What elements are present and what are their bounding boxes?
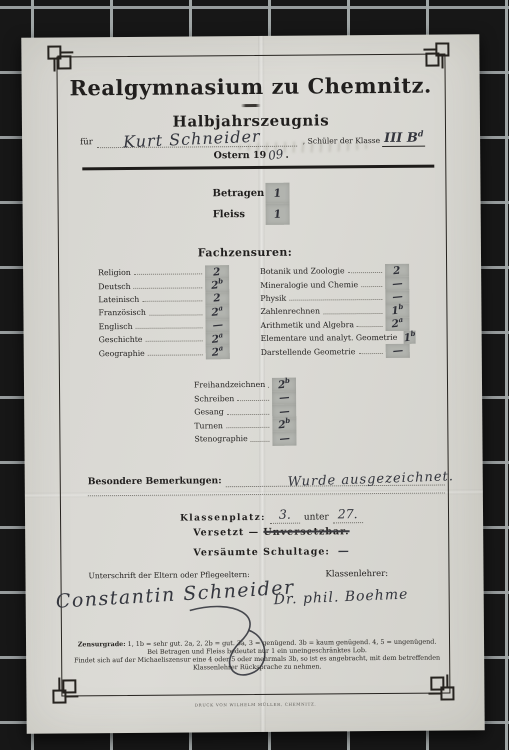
subject-row: Arithmetik und Algebra 2a <box>260 317 409 332</box>
dotted-leader <box>227 405 270 415</box>
photo-background: Realgymnasium zu Chemnitz. Halbjahrszeug… <box>0 0 509 750</box>
subject-label: Mineralogie und Chemie <box>260 280 358 290</box>
grade-value: — <box>279 432 291 445</box>
grade-strip: 2 <box>385 264 409 278</box>
promotion-line: Versetzt — Unversetzbar. <box>193 526 350 538</box>
subject-label: Lateinisch <box>98 295 139 304</box>
dotted-leader <box>142 292 202 302</box>
subject-label: Geographie <box>99 348 145 357</box>
subject-label: Arithmetik und Algebra <box>261 320 355 330</box>
subject-label: Freihandzeichnen <box>194 380 265 390</box>
date-printed: Ostern 19 <box>214 150 267 161</box>
subject-row: Stenographie — <box>194 432 296 446</box>
grade-value: 1 <box>273 207 282 221</box>
parents-signature-label: Unterschrift der Eltern oder Pflegeelter… <box>88 570 249 580</box>
class-value: III Bd <box>382 131 425 147</box>
subject-row: Physik — <box>260 291 409 306</box>
date-handwritten: 09 <box>267 147 284 163</box>
grade-value: 2b <box>277 378 290 391</box>
grade-strip: 1 <box>265 183 289 204</box>
grade-strip: 2a <box>385 317 409 331</box>
grade-value: — <box>392 344 404 357</box>
grade-value: 2a <box>211 346 224 359</box>
subject-row: Botanik und Zoologie 2 <box>260 264 409 279</box>
not-promoted-struck-label: Unversetzbar. <box>263 526 349 538</box>
subject-label: Zahlenrechnen <box>260 307 320 316</box>
rank-label: Klassenplatz: <box>180 513 266 524</box>
grade-strip: — <box>385 277 409 291</box>
grade-value: 2a <box>391 318 404 331</box>
grade-value: — <box>391 277 403 290</box>
printer-mark: Druck von Wilhelm Müller, Chemnitz. <box>27 700 485 709</box>
grade-strip: — <box>386 344 410 358</box>
footnote-lines: Bei Betragen und Fleiss bedeutet nur 1 e… <box>66 646 448 673</box>
subject-row: Freihandzeichnen 2b <box>194 378 296 392</box>
subject-row: Zahlenrechnen 1b <box>260 304 409 319</box>
dotted-leader <box>148 346 203 356</box>
grade-value: 2b <box>278 418 291 431</box>
divider-ornament <box>241 104 261 107</box>
grade-strip: 2b <box>272 378 296 392</box>
report-card-paper: Realgymnasium zu Chemnitz. Halbjahrszeug… <box>21 34 484 734</box>
grade-strip: 2b <box>272 418 296 432</box>
grade-strip: 2b <box>205 279 229 293</box>
promotion-separator: — <box>249 527 260 538</box>
grade-strip: — <box>272 432 296 446</box>
teacher-label: Klassenlehrer: <box>325 569 388 579</box>
corner-ornament-icon <box>45 43 73 71</box>
grade-value: 2a <box>211 306 224 319</box>
subject-row: Religion 2 <box>98 265 229 279</box>
subject-label: Deutsch <box>98 282 130 291</box>
subject-label: Physik <box>260 294 286 303</box>
missed-days-label: Versäumte Schultage: <box>193 546 330 558</box>
dotted-leader <box>268 378 269 388</box>
subject-row: Geographie 2a <box>99 346 230 360</box>
dotted-leader <box>289 291 382 301</box>
rank-of-label: unter <box>304 512 329 522</box>
dotted-leader <box>226 418 269 428</box>
subject-row: Geschichte 2a <box>99 332 230 346</box>
rank-value-field: 3. <box>270 504 300 524</box>
subject-label: Schreiben <box>194 394 234 403</box>
school-title: Realgymnasium zu Chemnitz. <box>22 72 480 101</box>
for-label: für <box>80 137 93 147</box>
subject-label: Darstellende Geometrie <box>261 347 356 357</box>
rank-total-field: 27. <box>333 503 363 523</box>
dotted-leader <box>323 304 382 314</box>
subject-row: Schreiben — <box>194 391 296 405</box>
dotted-leader <box>145 332 202 342</box>
corner-ornament-icon <box>423 40 451 68</box>
subject-row: Französisch 2a <box>98 305 229 319</box>
conduct-label: Betragen <box>212 188 265 199</box>
grading-key-footnote: Zensurgrade: 1, 1b = sehr gut. 2a, 2, 2b… <box>66 637 448 672</box>
subject-row: Gesang — <box>194 405 296 419</box>
diligence-label: Fleiss <box>213 209 266 220</box>
subject-label: Religion <box>98 268 131 277</box>
date-period: . <box>285 150 288 161</box>
dotted-leader <box>134 279 203 289</box>
grade-value: 1 <box>273 186 282 200</box>
conduct-block: Betragen 1 Fleiss 1 <box>212 183 289 226</box>
rank-total: 27. <box>338 506 358 521</box>
dotted-leader <box>348 264 383 274</box>
subjects-column-extra: Freihandzeichnen 2b Schreiben — Gesang — <box>194 378 297 446</box>
subject-label: Elementare und analyt. Geometrie <box>261 333 398 343</box>
grade-strip: 2a <box>205 305 229 319</box>
grade-value: 1b <box>403 331 416 344</box>
subject-row: Mineralogie und Chemie — <box>260 277 409 292</box>
dotted-leader <box>136 319 203 329</box>
grade-strip: 1b <box>403 331 415 344</box>
dotted-leader <box>134 265 202 275</box>
dotted-leader <box>251 432 270 442</box>
dotted-leader <box>237 391 269 401</box>
subjects-column-right: Botanik und Zoologie 2 Mineralogie und C… <box>260 264 410 359</box>
missed-days-value: — <box>338 544 350 557</box>
subjects-column-left: Religion 2 Deutsch 2b Lateinisch 2 <box>98 265 230 360</box>
grade-strip: — <box>272 391 296 405</box>
grade-value: 2b <box>211 279 224 292</box>
grade-value: — <box>278 392 290 405</box>
dotted-leader <box>358 344 382 354</box>
subject-label: Englisch <box>99 322 133 331</box>
dotted-leader <box>357 318 383 328</box>
grade-value: 2 <box>393 264 401 277</box>
subject-label: Gesang <box>194 407 224 416</box>
corner-ornament-icon <box>50 677 78 705</box>
corner-ornament-icon <box>428 674 456 702</box>
conduct-row: Betragen 1 <box>212 183 289 205</box>
subject-label: Turnen <box>194 421 223 430</box>
promoted-label: Versetzt <box>193 527 244 538</box>
subject-row: Deutsch 2b <box>98 279 229 293</box>
subject-label: Stenographie <box>194 434 247 443</box>
subject-row: Elementare und analyt. Geometrie 1b <box>261 331 410 346</box>
grade-strip: 2a <box>206 346 230 360</box>
remarks-label: Besondere Bemerkungen: <box>88 475 222 487</box>
subject-label: Französisch <box>98 308 146 317</box>
grade-strip: 1 <box>266 204 290 225</box>
rank-value: 3. <box>279 507 291 522</box>
diligence-row: Fleiss 1 <box>213 204 290 226</box>
remarks-line: Besondere Bemerkungen: Wurde ausgezeichn… <box>88 470 445 488</box>
class-rank-line: Klassenplatz: 3. unter 27. <box>180 503 367 524</box>
subject-row: Lateinisch 2 <box>98 292 229 306</box>
remarks-field: Wurde ausgezeichnet. <box>226 470 445 487</box>
dotted-leader <box>149 306 203 316</box>
dotted-leader <box>361 277 382 287</box>
subject-row: Turnen 2b <box>194 418 296 432</box>
subject-row: Englisch — <box>98 319 229 333</box>
subject-row: Darstellende Geometrie — <box>261 344 410 359</box>
missed-days-line: Versäumte Schultage: — <box>193 544 350 558</box>
footnote-intro-label: Zensurgrade: <box>78 640 126 648</box>
subject-label: Geschichte <box>99 335 143 344</box>
subject-label: Botanik und Zoologie <box>260 266 345 276</box>
